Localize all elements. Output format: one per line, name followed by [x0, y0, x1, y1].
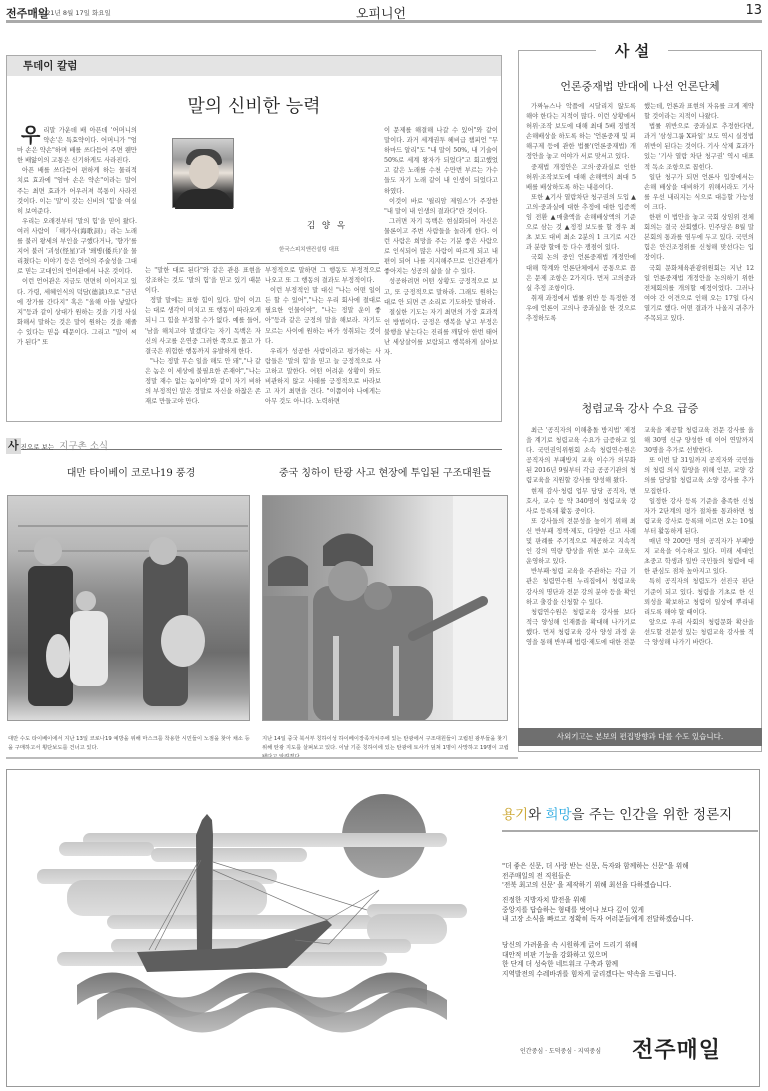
- photo-qinghai: [262, 495, 508, 721]
- photo-title-2: 중국 칭하이 탄광 사고 현장에 투입된 구조대원들: [260, 464, 510, 479]
- ad-slogan: 인간중심 · 도덕중심 · 지역중심: [520, 1046, 601, 1055]
- photo-caption-1: 대만 수도 타이베이에서 지난 13일 코로나19 예방을 위해 마스크를 착용…: [8, 735, 252, 753]
- author-name: 김 양 옥: [307, 219, 347, 231]
- editorial-1-col1: 가짜뉴스나 악플에 시달리지 않도록 해야 한다는 지적이 많다. 이런 상황에…: [526, 102, 636, 324]
- column-text-col4: 이 문제를 해결해 나갈 수 있어"와 같이 말이다. 과거 세계권투 헤비급 …: [384, 126, 498, 358]
- editorial-title-1: 언론중재법 반대에 나선 언론단체: [518, 78, 762, 94]
- author-title: 한국스피치앤컨설팅 대표: [279, 245, 339, 253]
- ship-illustration-icon: [27, 790, 487, 1040]
- photo-title-1: 대만 타이베이 코로나19 풍경: [6, 464, 256, 479]
- masthead: 전주매일 2021년 8월 17일 화요일 오피니언 13: [6, 2, 762, 22]
- photo-news-badge: 사: [6, 438, 21, 454]
- ad-headline: 용기와 희망을 주는 인간을 위한 정론지: [502, 803, 732, 823]
- ad-paragraph-1: "더 좋은 신문, 더 사랑 받는 신문, 독자와 함께하는 신문"을 위해 전…: [502, 862, 689, 891]
- header-rule: [6, 20, 762, 23]
- ad-logo: 전주매일: [632, 1033, 721, 1064]
- editorial-2-col1: 최근 '공직자의 이해충돌 방지법' 제정을 계기로 청렴교육 수요가 급증하고…: [526, 426, 636, 648]
- ad-paragraph-3: 당신의 가려움을 속 시원하게 긁어 드리기 위해 대안적 비판 기능을 강화하…: [502, 941, 676, 979]
- editorial-title-2: 청렴교육 강사 수요 급증: [518, 400, 762, 416]
- column-text-col2: 는 "말한 대로 된다"와 같은 관용 표현을 강조하는 것도 '말의 힘'을 …: [145, 266, 261, 407]
- author-photo: [172, 138, 234, 208]
- today-column: 투데이 칼럼 말의 신비한 능력 우리말 가운데 배 아픈데 '어머니의 약손'…: [6, 55, 502, 422]
- page-number: 13: [745, 3, 762, 18]
- ad-paragraph-2: 진정한 지방자치 발전을 위해 중앙지를 답습하는 형태를 벗어나 보다 깊이 …: [502, 896, 693, 925]
- editorial-2-col2: 교육을 제공할 청렴교육 전문 강사를 올해 30명 신규 양성한 데 이어 연…: [644, 426, 754, 648]
- column-header: 투데이 칼럼: [7, 56, 501, 76]
- author-divider: [167, 263, 379, 264]
- ad-divider: [502, 830, 758, 832]
- editorial-1-col2: 했는데, 언론과 표현의 자유를 크게 제약할 것이라는 지적이 나왔다. 법률…: [644, 102, 754, 324]
- column-title: 말의 신비한 능력: [7, 92, 501, 118]
- photo-news-header: 사진으로 보는 지구촌 소식: [6, 434, 502, 450]
- section-divider: [6, 757, 518, 759]
- column-text-col3: 부정적으로 말하면 그 행동도 부정적으로 나오고 또 그 행동의 결과도 부정…: [265, 266, 381, 407]
- issue-date: 2021년 8월 17일 화요일: [38, 8, 111, 17]
- disclaimer-banner: 사외기고는 본보의 편집방향과 다를 수도 있습니다.: [518, 728, 762, 746]
- photo-taipei: [7, 495, 250, 721]
- column-text-col1: 우리말 가운데 배 아픈데 '어머니의 약손'은 특효약이다. 어머니가 "엄마…: [17, 126, 137, 348]
- dropcap: 우: [21, 126, 40, 144]
